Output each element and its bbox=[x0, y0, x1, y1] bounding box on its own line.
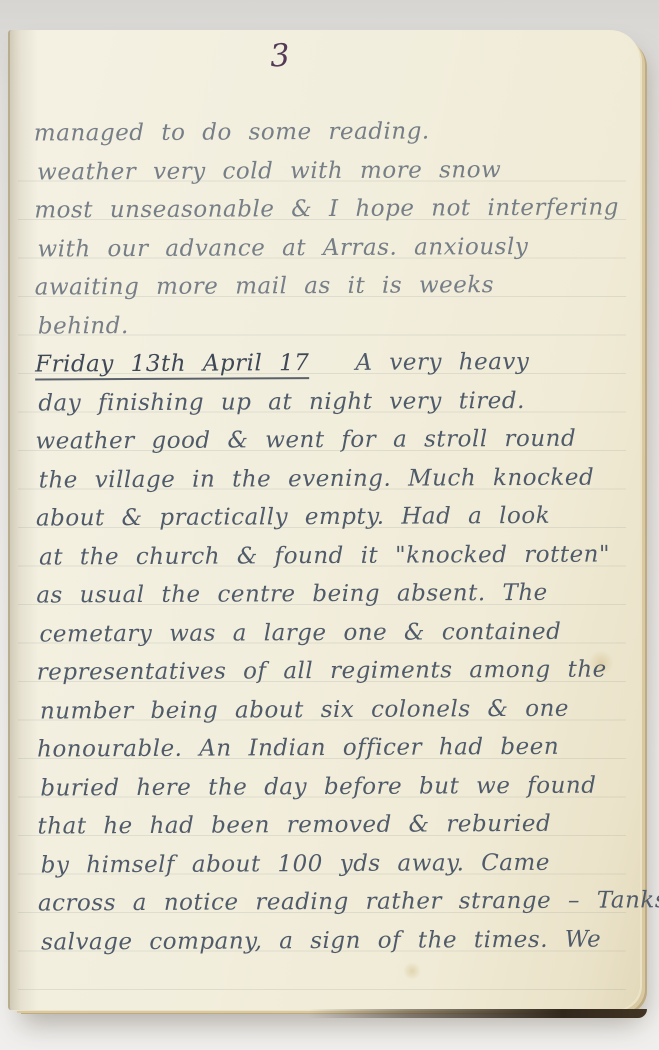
handwritten-line: about & practically empty. Had a look bbox=[36, 496, 624, 538]
handwritten-line: most unseasonable & I hope not interferi… bbox=[34, 188, 622, 230]
notebook-cover-edge bbox=[308, 1009, 647, 1018]
paper-stain bbox=[403, 962, 421, 980]
handwritten-text: managed to do some reading. weather very… bbox=[34, 111, 626, 961]
handwritten-line: honourable. An Indian officer had been bbox=[37, 727, 625, 769]
photo-background: 3 managed to do some reading. weather ve… bbox=[0, 0, 659, 1050]
handwritten-line: weather good & went for a stroll round bbox=[35, 419, 623, 461]
handwritten-line: representatives of all regiments among t… bbox=[37, 650, 625, 692]
entry-heading-line: Friday 13th April 17A very heavy bbox=[35, 342, 623, 384]
handwritten-line: that he had been removed & reburied bbox=[37, 804, 625, 846]
handwritten-line: at the church & found it "knocked rotten… bbox=[39, 535, 624, 577]
handwritten-line: across a notice reading rather strange –… bbox=[38, 881, 626, 923]
handwritten-line: cemetary was a large one & contained bbox=[39, 612, 624, 654]
handwritten-line: with our advance at Arras. anxiously bbox=[37, 227, 622, 269]
handwritten-line: number being about six colonels & one bbox=[40, 689, 625, 731]
page-number: 3 bbox=[269, 37, 291, 74]
handwritten-line: the village in the evening. Much knocked bbox=[39, 458, 624, 500]
handwritten-line: by himself about 100 yds away. Came bbox=[41, 843, 626, 885]
handwritten-line: weather very cold with more snow bbox=[37, 150, 622, 192]
handwritten-line: day finishing up at night very tired. bbox=[38, 381, 623, 423]
handwritten-line: awaiting more mail as it is weeks bbox=[35, 265, 623, 307]
handwritten-line: behind. bbox=[38, 304, 623, 346]
handwritten-line: salvage company, a sign of the times. We bbox=[41, 920, 626, 962]
handwritten-line: as usual the centre being absent. The bbox=[36, 573, 624, 615]
notebook-page: 3 managed to do some reading. weather ve… bbox=[8, 30, 640, 1010]
handwritten-line: managed to do some reading. bbox=[34, 111, 622, 153]
entry-first-line: A very heavy bbox=[355, 349, 529, 376]
handwritten-line: buried here the day before but we found bbox=[40, 766, 625, 808]
entry-date-heading: Friday 13th April 17 bbox=[35, 350, 309, 380]
